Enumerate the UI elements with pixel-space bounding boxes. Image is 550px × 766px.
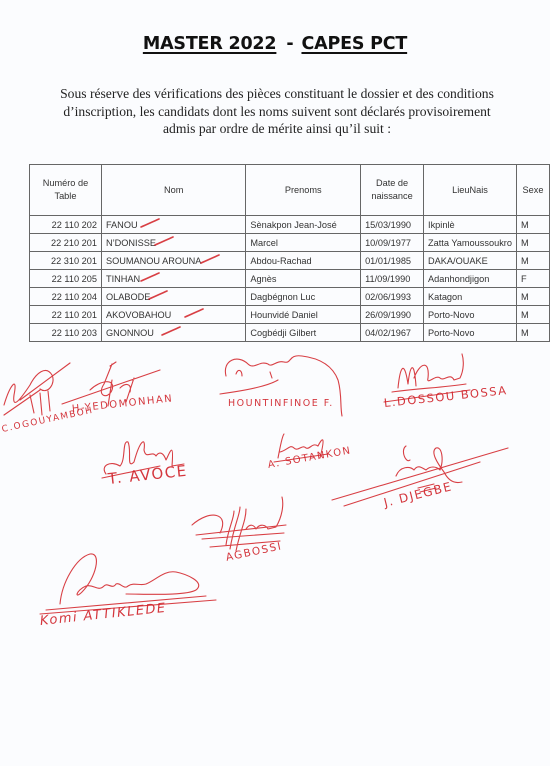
- lieu-cell: Ikpinlè: [424, 216, 517, 234]
- date-cell: 11/09/1990: [361, 270, 424, 288]
- numero-cell: 22 110 204: [30, 288, 102, 306]
- sexe-cell-text: M: [521, 220, 529, 230]
- numero-cell-text: 22 110 201: [52, 310, 97, 320]
- numero-cell: 22 110 202: [30, 216, 102, 234]
- date-cell: 02/06/1993: [361, 288, 424, 306]
- prenoms-cell: Abdou-Rachad: [246, 252, 361, 270]
- prenoms-cell-text: Marcel: [250, 238, 278, 248]
- numero-cell: 22 110 201: [30, 306, 102, 324]
- numero-cell: 22 310 201: [30, 252, 102, 270]
- prenoms-cell-text: Dagbégnon Luc: [250, 292, 315, 302]
- numero-cell-text: 22 310 201: [51, 256, 97, 266]
- table-row: 22 110 205TINHANAgnès11/09/1990Adanhondj…: [30, 270, 550, 288]
- date-cell: 04/02/1967: [361, 324, 424, 342]
- header-sexe: Sexe: [517, 165, 550, 216]
- sexe-cell: M: [517, 216, 550, 234]
- lieu-cell: Porto-Novo: [424, 324, 517, 342]
- nom-cell: N’DONISSE: [101, 234, 245, 252]
- lieu-cell-text: Katagon: [428, 292, 462, 302]
- nom-cell: GNONNOU: [101, 324, 245, 342]
- header-nom: Nom: [101, 165, 245, 216]
- lieu-cell-text: Zatta Yamoussoukro: [428, 238, 512, 248]
- nom-cell-text: GNONNOU: [106, 328, 154, 338]
- sexe-cell-text: M: [521, 256, 529, 266]
- signature-djegbe: [330, 440, 520, 510]
- date-cell-text: 02/06/1993: [365, 292, 411, 302]
- lieu-cell-text: DAKA/OUAKE: [428, 256, 488, 266]
- date-cell-text: 01/01/1985: [365, 256, 411, 266]
- check-mark-icon: [200, 254, 220, 264]
- table-row: 22 110 203GNONNOUCogbédji Gilbert04/02/1…: [30, 324, 550, 342]
- table-row: 22 310 201SOUMANOU AROUNAAbdou-Rachad01/…: [30, 252, 550, 270]
- date-cell: 10/09/1977: [361, 234, 424, 252]
- date-cell: 01/01/1985: [361, 252, 424, 270]
- prenoms-cell-text: Cogbédji Gilbert: [250, 328, 316, 338]
- prenoms-cell: Hounvidé Daniel: [246, 306, 361, 324]
- numero-cell-text: 22 210 201: [51, 238, 97, 248]
- nom-cell-text: OLABODE: [106, 292, 150, 302]
- lieu-cell: Porto-Novo: [424, 306, 517, 324]
- date-cell-text: 11/09/1990: [365, 274, 410, 284]
- date-cell-text: 10/09/1977: [365, 238, 411, 248]
- signature-dossou-bossa: [380, 348, 480, 403]
- sexe-cell: M: [517, 324, 550, 342]
- document-title: MASTER 2022-CAPES PCT: [0, 34, 550, 54]
- nom-cell-text: N’DONISSE: [106, 238, 156, 248]
- sexe-cell-text: F: [521, 274, 527, 284]
- check-mark-icon: [161, 326, 181, 336]
- signature-hountinfinoe: [218, 350, 358, 420]
- numero-cell-text: 22 110 203: [52, 328, 97, 338]
- prenoms-cell-text: Hounvidé Daniel: [250, 310, 317, 320]
- nom-cell: TINHAN: [101, 270, 245, 288]
- admitted-candidates-table: Numéro de Table Nom Prenoms Date de nais…: [29, 164, 550, 342]
- sexe-cell-text: M: [521, 238, 529, 248]
- nom-cell: OLABODE: [101, 288, 245, 306]
- header-lieu-naissance: LieuNais: [424, 165, 517, 216]
- nom-cell-text: SOUMANOU AROUNA: [106, 256, 201, 266]
- nom-cell: FANOU: [101, 216, 245, 234]
- signature-scribble: [330, 440, 520, 510]
- lieu-cell-text: Porto-Novo: [428, 328, 474, 338]
- date-cell: 26/09/1990: [361, 306, 424, 324]
- sexe-cell: F: [517, 270, 550, 288]
- prenoms-cell: Marcel: [246, 234, 361, 252]
- lieu-cell: Katagon: [424, 288, 517, 306]
- lieu-cell: Adanhondjigon: [424, 270, 517, 288]
- header-prenoms: Prenoms: [246, 165, 361, 216]
- prenoms-cell: Agnès: [246, 270, 361, 288]
- lieu-cell-text: Ikpinlè: [428, 220, 455, 230]
- title-separator: -: [286, 34, 293, 54]
- lieu-cell: DAKA/OUAKE: [424, 252, 517, 270]
- numero-cell-text: 22 110 205: [52, 274, 97, 284]
- nom-cell-text: AKOVOBAHOU: [106, 310, 171, 320]
- check-mark-icon: [140, 218, 160, 228]
- signature-scribble: [60, 360, 170, 410]
- nom-cell: SOUMANOU AROUNA: [101, 252, 245, 270]
- prenoms-cell-text: Sènakpon Jean-José: [250, 220, 336, 230]
- prenoms-cell-text: Agnès: [250, 274, 276, 284]
- nom-cell: AKOVOBAHOU: [101, 306, 245, 324]
- table-row: 22 110 201AKOVOBAHOUHounvidé Daniel26/09…: [30, 306, 550, 324]
- signature-attiklede: [36, 548, 226, 618]
- title-capes: CAPES PCT: [301, 34, 407, 54]
- check-mark-icon: [184, 308, 204, 318]
- sexe-cell-text: M: [521, 310, 529, 320]
- lieu-cell-text: Adanhondjigon: [428, 274, 489, 284]
- prenoms-cell: Cogbédji Gilbert: [246, 324, 361, 342]
- sexe-cell-text: M: [521, 292, 529, 302]
- prenoms-cell-text: Abdou-Rachad: [250, 256, 311, 266]
- nom-cell-text: FANOU: [106, 220, 138, 230]
- numero-cell-text: 22 110 204: [52, 292, 97, 302]
- lieu-cell-text: Porto-Novo: [428, 310, 474, 320]
- header-numero: Numéro de Table: [30, 165, 102, 216]
- admission-document: MASTER 2022-CAPES PCT Sous réserve des v…: [0, 0, 550, 766]
- table-row: 22 110 202FANOUSènakpon Jean-José15/03/1…: [30, 216, 550, 234]
- check-mark-icon: [154, 236, 174, 246]
- numero-cell: 22 210 201: [30, 234, 102, 252]
- signature-yedomonhan: [60, 360, 170, 410]
- signature-scribble: [100, 430, 210, 490]
- numero-cell-text: 22 110 202: [52, 220, 97, 230]
- lieu-cell: Zatta Yamoussoukro: [424, 234, 517, 252]
- check-mark-icon: [148, 290, 168, 300]
- header-date-naissance: Date de naissance: [361, 165, 424, 216]
- sexe-cell-text: M: [521, 328, 529, 338]
- signature-scribble: [36, 548, 226, 618]
- table-row: 22 210 201N’DONISSEMarcel10/09/1977Zatta…: [30, 234, 550, 252]
- title-master: MASTER 2022: [143, 34, 277, 54]
- table-row: 22 110 204OLABODEDagbégnon Luc02/06/1993…: [30, 288, 550, 306]
- table-header-row: Numéro de Table Nom Prenoms Date de nais…: [30, 165, 550, 216]
- numero-cell: 22 110 205: [30, 270, 102, 288]
- date-cell-text: 04/02/1967: [365, 328, 411, 338]
- sexe-cell: M: [517, 234, 550, 252]
- signature-avoce: [100, 430, 210, 490]
- sexe-cell: M: [517, 252, 550, 270]
- signature-scribble: [380, 348, 480, 403]
- intro-paragraph: Sous réserve des vérifications des pièce…: [52, 85, 502, 138]
- date-cell-text: 26/09/1990: [365, 310, 411, 320]
- sexe-cell: M: [517, 306, 550, 324]
- prenoms-cell: Sènakpon Jean-José: [246, 216, 361, 234]
- signature-scribble: [218, 350, 358, 420]
- numero-cell: 22 110 203: [30, 324, 102, 342]
- nom-cell-text: TINHAN: [106, 274, 140, 284]
- date-cell: 15/03/1990: [361, 216, 424, 234]
- date-cell-text: 15/03/1990: [365, 220, 411, 230]
- check-mark-icon: [140, 272, 160, 282]
- sexe-cell: M: [517, 288, 550, 306]
- prenoms-cell: Dagbégnon Luc: [246, 288, 361, 306]
